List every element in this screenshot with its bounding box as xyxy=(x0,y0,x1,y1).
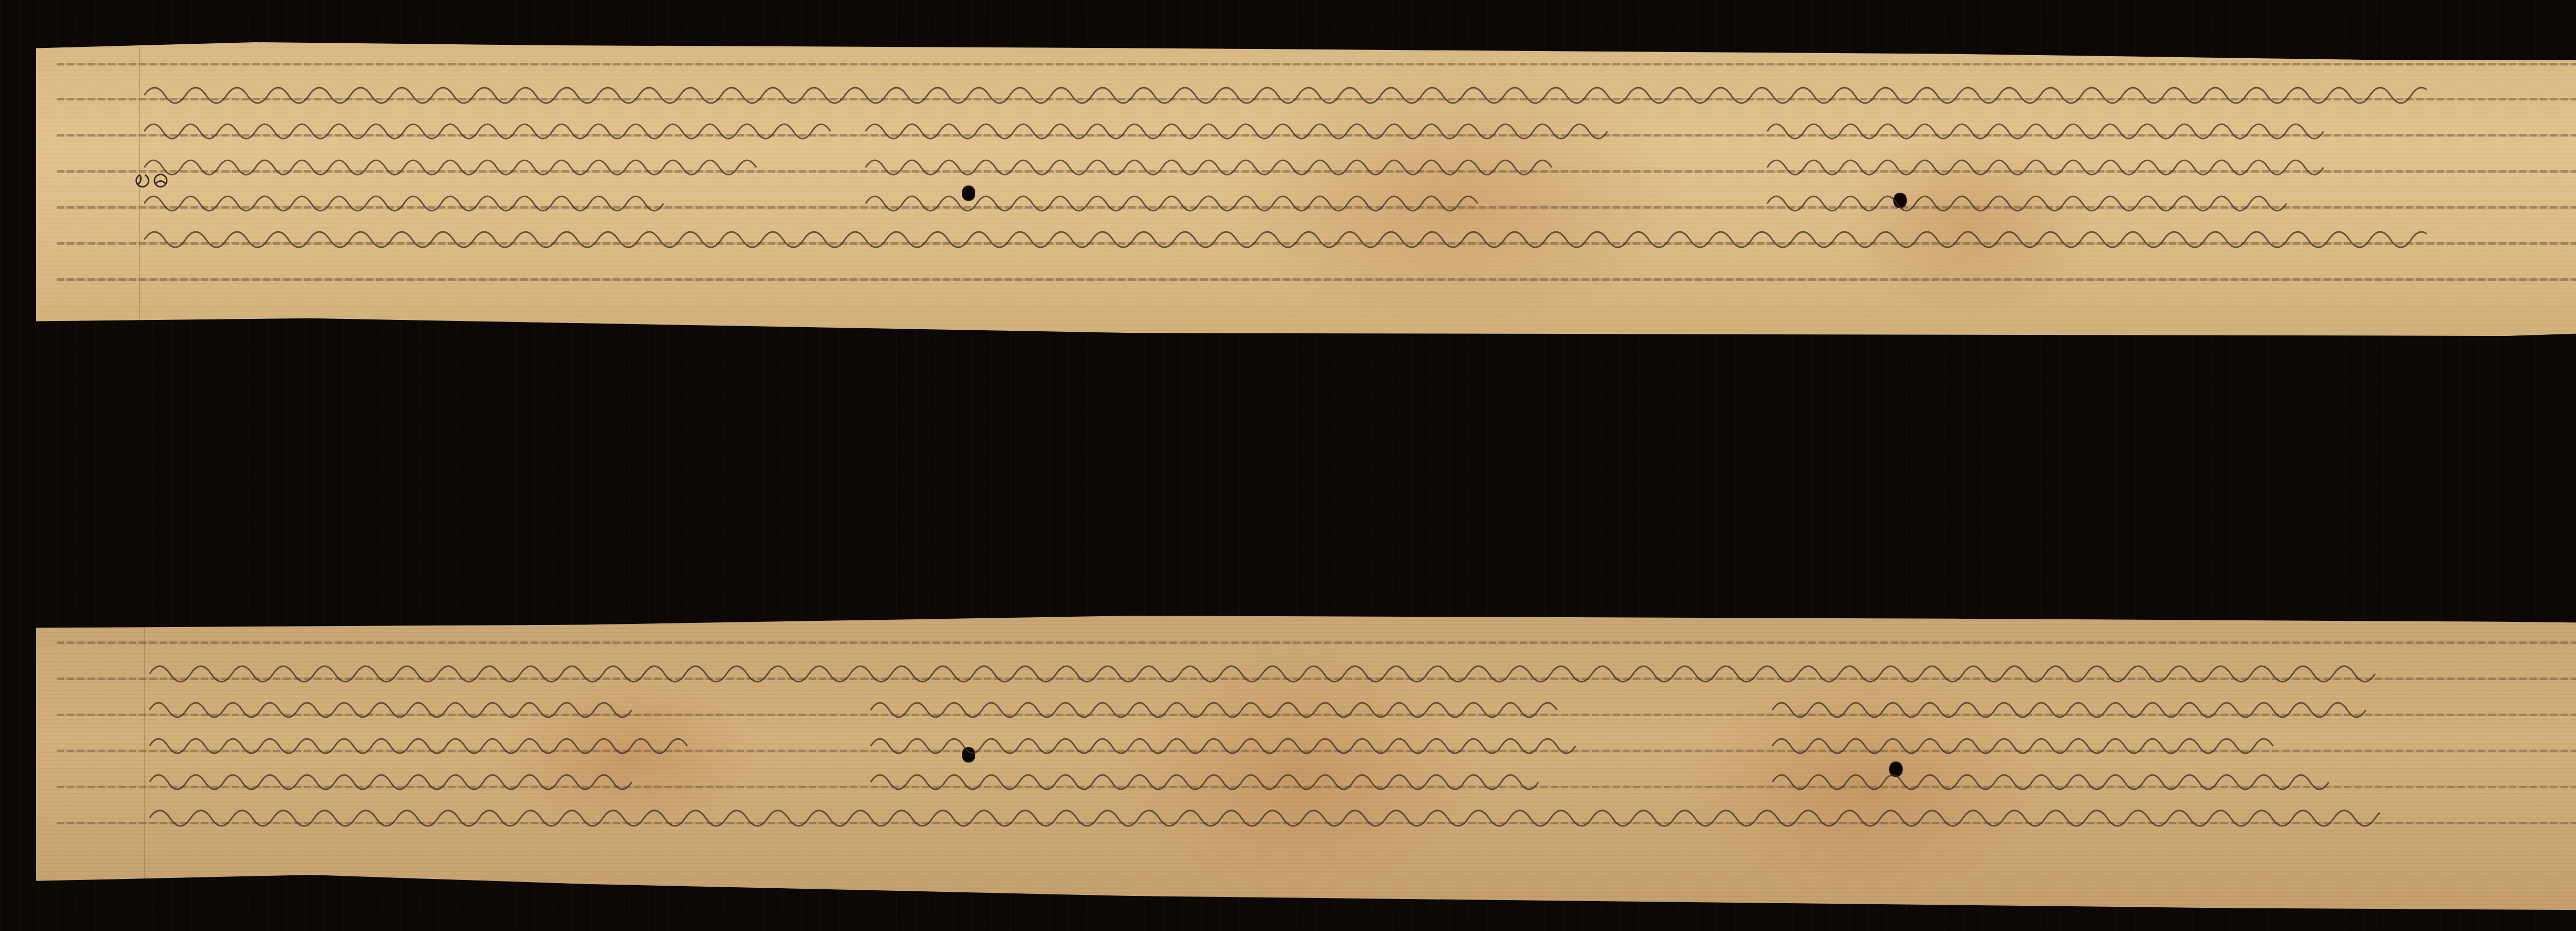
script-line-4 xyxy=(144,180,2308,222)
script-line-1 xyxy=(144,72,2427,113)
palm-leaf-top: ၿဓ xyxy=(36,42,2576,336)
script-line-4 xyxy=(149,759,2365,800)
script-line-3 xyxy=(149,723,2365,764)
script-line-3 xyxy=(144,144,2339,185)
script-line-1 xyxy=(149,651,2385,692)
script-line-5 xyxy=(149,795,2380,836)
palm-leaf-bottom xyxy=(36,616,2576,917)
script-line-2 xyxy=(144,108,2339,149)
script-line-5 xyxy=(144,216,2427,258)
script-line-2 xyxy=(149,687,2385,728)
